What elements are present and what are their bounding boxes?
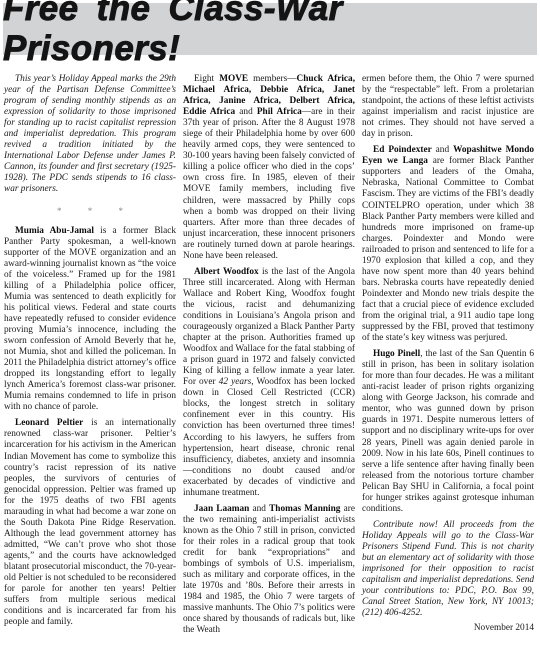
column-2: Eight MOVE members—Chuck Africa, Michael… <box>183 74 355 671</box>
section-separator: * * * <box>4 206 176 217</box>
article-body: This year’s Holiday Appeal marks the 29t… <box>4 74 536 671</box>
prisoner-name: Hugo Pinell <box>373 349 420 359</box>
prisoner-name: Phil Africa <box>257 107 302 117</box>
publication-date: November 2014 <box>362 623 534 634</box>
paragraph-ohio7-continued: ermen before them, the Ohio 7 were spurn… <box>362 74 534 140</box>
page-title: Free the Class-War Prisoners! <box>3 0 537 69</box>
headline-banner: Free the Class-War Prisoners! <box>3 3 537 55</box>
paragraph-move: Eight MOVE members—Chuck Africa, Michael… <box>183 74 355 262</box>
contribution-appeal: Contribute now! All proceeds from the Ho… <box>362 520 534 619</box>
column-1: This year’s Holiday Appeal marks the 29t… <box>4 74 176 671</box>
paragraph-pinell: Hugo Pinell, the last of the San Quentin… <box>362 349 534 515</box>
prisoner-name: Ed Poindexter <box>373 145 432 155</box>
paragraph-ohio7: Jaan Laaman and Thomas Manning are the t… <box>183 504 355 637</box>
prisoner-name: Thomas Manning <box>269 504 340 514</box>
paragraph-woodfox: Albert Woodfox is the last of the Angola… <box>183 267 355 499</box>
intro-paragraph: This year’s Holiday Appeal marks the 29t… <box>4 74 176 196</box>
prisoner-name: Jaan Laaman <box>194 504 249 514</box>
paragraph-mumia: Mumia Abu-Jamal is a former Black Panthe… <box>4 226 176 414</box>
prisoner-name: Mumia Abu-Jamal <box>15 226 94 236</box>
paragraph-poindexter: Ed Poindexter and Wopashitwe Mondo Eyen … <box>362 145 534 344</box>
column-3: ermen before them, the Ohio 7 were spurn… <box>362 74 534 671</box>
prisoner-name: Albert Woodfox <box>194 267 259 277</box>
paragraph-peltier: Leonard Peltier is an internationally re… <box>4 418 176 628</box>
prisoner-name: Leonard Peltier <box>15 418 83 428</box>
